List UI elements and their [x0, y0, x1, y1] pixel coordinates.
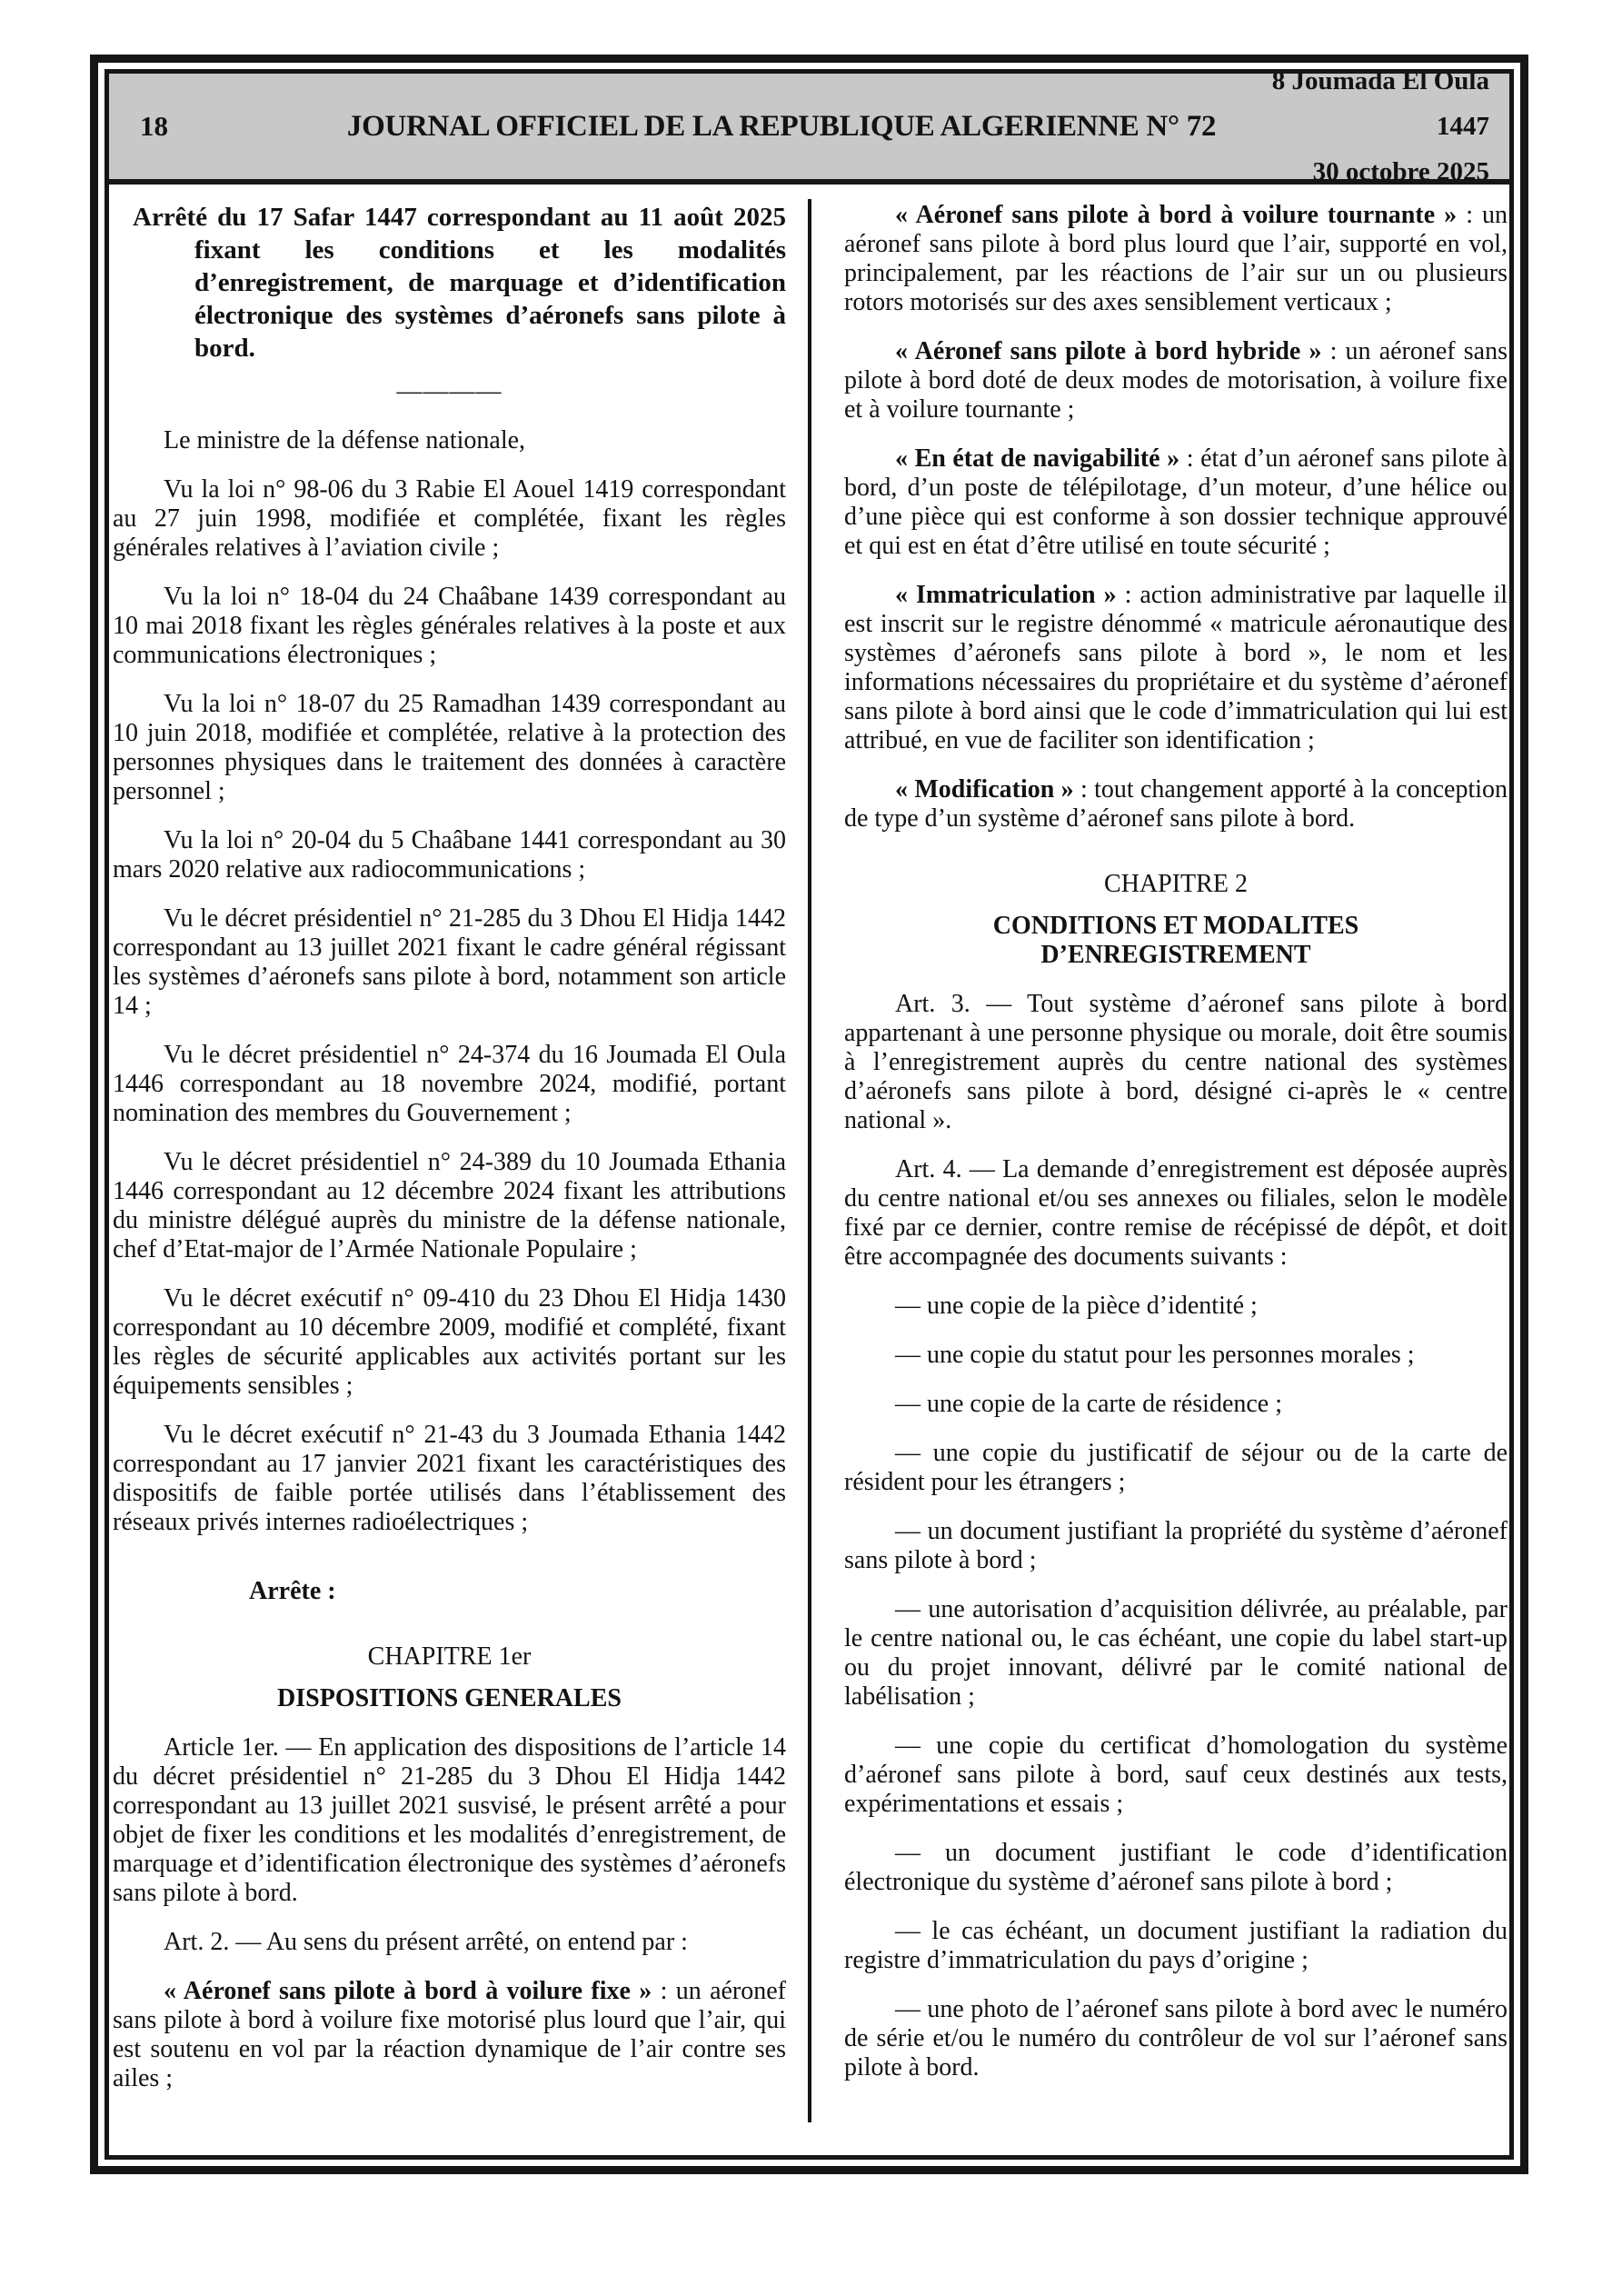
list-item: — une copie du certificat d’homologation…: [844, 1732, 1508, 1819]
definition-item: « En état de navigabilité » : état d’un …: [844, 444, 1508, 561]
visa-paragraph: Vu le décret exécutif n° 09-410 du 23 Dh…: [113, 1284, 786, 1401]
visa-paragraph: Vu le décret présidentiel n° 21-285 du 3…: [113, 904, 786, 1021]
issue-dates: 8 Joumada El Oula 1447 30 octobre 2025: [1216, 69, 1489, 195]
list-item: — un document justifiant la propriété du…: [844, 1517, 1508, 1575]
visa-paragraph: Vu le décret présidentiel n° 24-389 du 1…: [113, 1148, 786, 1264]
list-item: — une copie du justificatif de séjour ou…: [844, 1439, 1508, 1497]
paragraph: Le ministre de la défense nationale,: [113, 426, 786, 455]
decree-title: Arrêté du 17 Safar 1447 correspondant au…: [113, 201, 786, 364]
list-item: — une copie de la carte de résidence ;: [844, 1390, 1508, 1419]
visa-paragraph: Vu la loi n° 20-04 du 5 Chaâbane 1441 co…: [113, 826, 786, 884]
visa-paragraph: Vu la loi n° 18-04 du 24 Chaâbane 1439 c…: [113, 583, 786, 670]
chapter-heading: CHAPITRE 2: [844, 870, 1508, 899]
list-item: — une photo de l’aéronef sans pilote à b…: [844, 1995, 1508, 2082]
date-hijri: 8 Joumada El Oula 1447: [1216, 69, 1489, 149]
left-column: Arrêté du 17 Safar 1447 correspondant au…: [109, 199, 808, 2155]
article-paragraph: Art. 2. — Au sens du présent arrêté, on …: [113, 1928, 786, 1957]
right-column: « Aéronef sans pilote à bord à voilure t…: [811, 199, 1509, 2155]
visa-paragraph: Vu le décret exécutif n° 21-43 du 3 Joum…: [113, 1421, 786, 1537]
definition-term: « Aéronef sans pilote à bord à voilure f…: [164, 1977, 652, 2005]
masthead: 18 JOURNAL OFFICIEL DE LA REPUBLIQUE ALG…: [109, 74, 1509, 185]
page-frame: 18 JOURNAL OFFICIEL DE LA REPUBLIQUE ALG…: [90, 55, 1528, 2174]
list-item: — une copie du statut pour les personnes…: [844, 1341, 1508, 1370]
definition-term: « Modification »: [895, 775, 1074, 804]
definition-term: « Immatriculation »: [895, 581, 1117, 609]
page-number: 18: [140, 110, 347, 143]
list-item: — le cas échéant, un document justifiant…: [844, 1917, 1508, 1975]
list-item: — une copie de la pièce d’identité ;: [844, 1292, 1508, 1321]
definition-item: « Aéronef sans pilote à bord à voilure t…: [844, 201, 1508, 317]
article-paragraph: Art. 3. — Tout système d’aéronef sans pi…: [844, 990, 1508, 1135]
visa-paragraph: Vu la loi n° 98-06 du 3 Rabie El Aouel 1…: [113, 475, 786, 563]
decision-word: Arrête :: [249, 1577, 786, 1606]
article-paragraph: Article 1er. — En application des dispos…: [113, 1733, 786, 1908]
chapter-subtitle: CONDITIONS ET MODALITES: [844, 912, 1508, 941]
visa-paragraph: Vu la loi n° 18-07 du 25 Ramadhan 1439 c…: [113, 690, 786, 806]
separator: ————: [113, 377, 786, 406]
definition-term: « Aéronef sans pilote à bord hybride »: [895, 337, 1322, 365]
list-item: — un document justifiant le code d’ident…: [844, 1839, 1508, 1897]
visa-paragraph: Vu le décret présidentiel n° 24-374 du 1…: [113, 1041, 786, 1128]
list-item: — une autorisation d’acquisition délivré…: [844, 1595, 1508, 1712]
chapter-subtitle: DISPOSITIONS GENERALES: [113, 1684, 786, 1713]
definition-term: « Aéronef sans pilote à bord à voilure t…: [895, 201, 1457, 229]
definition-item: « Modification » : tout changement appor…: [844, 775, 1508, 834]
article-paragraph: Art. 4. — La demande d’enregistrement es…: [844, 1155, 1508, 1272]
journal-title: JOURNAL OFFICIEL DE LA REPUBLIQUE ALGERI…: [347, 110, 1216, 144]
definition-item: « Immatriculation » : action administrat…: [844, 581, 1508, 755]
page-frame-inner: 18 JOURNAL OFFICIEL DE LA REPUBLIQUE ALG…: [104, 69, 1514, 2160]
chapter-heading: CHAPITRE 1er: [113, 1642, 786, 1672]
chapter-subtitle: D’ENREGISTREMENT: [844, 941, 1508, 970]
definition-term: « En état de navigabilité »: [895, 444, 1179, 473]
page-content: Arrêté du 17 Safar 1447 correspondant au…: [109, 185, 1509, 2155]
definition-item: « Aéronef sans pilote à bord à voilure f…: [113, 1977, 786, 2093]
definition-item: « Aéronef sans pilote à bord hybride » :…: [844, 337, 1508, 424]
